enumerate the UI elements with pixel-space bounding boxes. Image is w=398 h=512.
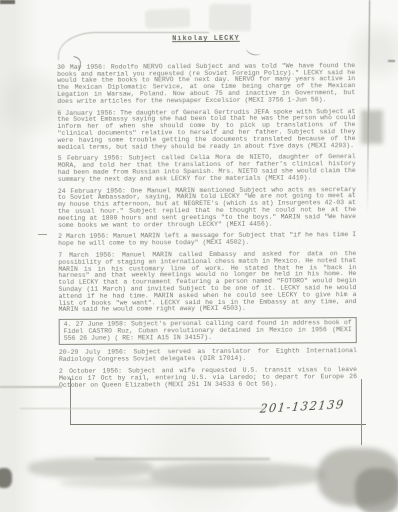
ruled-line-vertical	[361, 379, 362, 445]
dossier-entry-24-feb-1956: 24 February 1956: One Manuel MARIN menti…	[58, 187, 356, 230]
smudged-stamp-icon	[146, 8, 191, 29]
scan-shadow-blob	[0, 468, 12, 488]
scan-shadow-blob	[60, 478, 280, 488]
scan-blotch	[361, 110, 383, 144]
document-title: Nikolay LECKY	[57, 35, 355, 44]
dossier-entry-30-may-1956: 30 May 1956: Rodolfo NERVO called Subjec…	[57, 63, 355, 106]
scan-streak	[95, 458, 270, 460]
scanned-document-page: Nikolay LECKY 30 May 1956: Rodolfo NERVO…	[0, 0, 398, 512]
scan-tick-mark	[388, 60, 395, 62]
ruled-line-horizontal	[70, 424, 366, 425]
dossier-entry-20-29-jul-1956: 20-29 July 1956: Subject served as trans…	[59, 349, 357, 364]
document-body: Nikolay LECKY 30 May 1956: Rodolfo NERVO…	[57, 35, 357, 394]
dossier-entry-5-feb-1956: 5 February 1956: Subject called Celia Mo…	[58, 154, 356, 183]
dossier-entry-2-oct-1956: 2 October 1956: Subject and wife request…	[59, 367, 357, 389]
scan-corner-mark	[0, 0, 15, 4]
scan-streak	[0, 386, 62, 388]
scan-shadow-blob	[355, 468, 398, 512]
scan-shadow-blob	[28, 458, 153, 478]
dossier-entry-2-mar-1956: 2 March 1956: Manuel MARIN left a messag…	[58, 232, 356, 247]
scan-shadow-blob	[318, 448, 398, 506]
smudged-stamp-icon	[210, 4, 252, 32]
dossier-entry-7-mar-1956: 7 March 1956: Manuel MARIN called Embass…	[58, 251, 356, 314]
paper-edge-line	[367, 0, 371, 215]
scan-streak	[20, 408, 265, 409]
dossier-entry-boxed-castro-note: 4. 27 June 1958: Subject's personal call…	[59, 317, 357, 345]
margin-dash-mark	[38, 234, 47, 235]
dossier-entry-6-jan-1956: 6 January 1956: The daughter of General …	[57, 109, 355, 152]
handwritten-file-number: 201-132139	[259, 396, 371, 416]
scan-shadow-blob	[150, 463, 325, 487]
